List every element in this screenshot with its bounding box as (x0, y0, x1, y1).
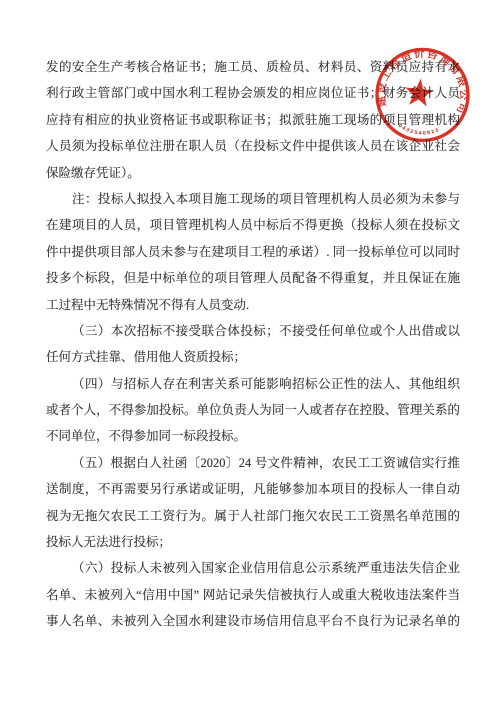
star-icon (404, 77, 435, 107)
text-line: （五）根据白人社函〔2020〕24 号文件精神，农民工工资诚信实行推 (46, 450, 460, 476)
text-line: 视为无拖欠农民工工资行为。属于人社部门拖欠农民工工资黑名单范围的 (46, 503, 460, 529)
text-line: 注：投标人拟投入本项目施工现场的项目管理机构人员必须为未参与 (46, 186, 460, 212)
text-line: 送制度，不再需要另行承诺或证明，凡能够参加本项目的投标人一律自动 (46, 476, 460, 502)
document-page: 发的安全生产考核合格证书；施工员、质检员、材料员、资料员应持有水 利行政主管部门… (0, 0, 500, 706)
text-line: 名单、未被列入“信用中国” 网站记录失信被执行人或重大税收违法案件当 (46, 582, 460, 608)
text-line: 事人名单、未被列入全国水利建设市场信用信息平台不良行为记录名单的 (46, 608, 460, 634)
company-seal-stamp: 建设工程造价咨询有限公司 0432540823 (367, 39, 479, 151)
seal-graphic: 建设工程造价咨询有限公司 0432540823 (367, 39, 479, 151)
text-line: （四）与招标人存在利害关系可能影响招标公正性的法人、其他组织 (46, 371, 460, 397)
text-line: 工过程中无特殊情况不得有人员变动. (46, 292, 460, 318)
seal-company-name: 建设工程造价咨询有限公司 (373, 42, 476, 118)
text-line: 或者个人，不得参加投标。单位负责人为同一人或者存在控股、管理关系的 (46, 397, 460, 423)
text-line: （三）本次招标不接受联合体投标；不接受任何单位或个人出借或以 (46, 318, 460, 344)
text-line: 投标人无法进行投标； (46, 529, 460, 555)
text-line: （六）投标人未被列入国家企业信用信息公示系统严重违法失信企业 (46, 555, 460, 581)
text-line: 在建项目的人员，项目管理机构人员中标后不得更换（投标人须在投标文 (46, 212, 460, 238)
text-line: 任何方式挂靠、借用他人资质投标； (46, 344, 460, 370)
text-line: 不同单位，不得参加同一标段投标。 (46, 423, 460, 449)
text-line: 保险缴存凭证）。 (46, 160, 460, 186)
text-line: 投多个标段，但是中标单位的项目管理人员配备不得重复，并且保证在施 (46, 265, 460, 291)
text-line: 件中提供项目部人员未参与在建项目工程的承诺）. 同一投标单位可以同时 (46, 239, 460, 265)
